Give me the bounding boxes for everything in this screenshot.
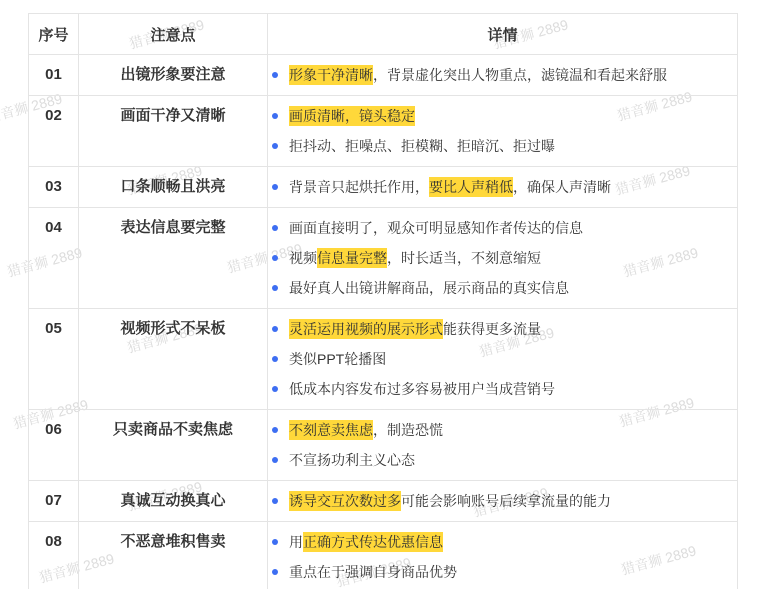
detail-line: 拒抖动、拒噪点、拒模糊、拒暗沉、拒过曝 (268, 131, 737, 161)
table-row: 05视频形式不呆板灵活运用视频的展示形式能获得更多流量类似PPT轮播图低成本内容… (29, 309, 738, 410)
bullet-icon (272, 184, 278, 190)
header-row: 序号 注意点 详情 (29, 14, 738, 55)
bullet-icon (272, 143, 278, 149)
table-row: 03口条顺畅且洪亮背景音只起烘托作用，要比人声稍低，确保人声清晰 (29, 167, 738, 208)
highlighted-text: 正确方式传达优惠信息 (303, 532, 443, 552)
row-details-cell: 不刻意卖焦虑，制造恐慌不宣扬功利主义心态 (268, 410, 738, 481)
highlighted-text: 形象干净清晰 (289, 65, 373, 85)
detail-text: 不刻意卖焦虑，制造恐慌 (289, 420, 443, 440)
row-details-cell: 背景音只起烘托作用，要比人声稍低，确保人声清晰 (268, 167, 738, 208)
table-row: 02画面干净又清晰画质清晰，镜头稳定拒抖动、拒噪点、拒模糊、拒暗沉、拒过曝 (29, 96, 738, 167)
page: 猎音狮 2889猎音狮 2889猎音狮 2889猎音狮 2889猎音狮 2889… (0, 0, 760, 589)
plain-text: 能获得更多流量 (443, 321, 541, 337)
bullet-icon (272, 457, 278, 463)
detail-line: 视频信息量完整，时长适当，不刻意缩短 (268, 243, 737, 273)
row-number: 03 (29, 167, 79, 208)
plain-text: 画面直接明了，观众可明显感知作者传达的信息 (289, 220, 583, 236)
detail-text: 重点在于强调自身商品优势 (289, 562, 457, 582)
bullet-icon (272, 326, 278, 332)
table-row: 07真诚互动换真心诱导交互次数过多可能会影响账号后续拿流量的能力 (29, 481, 738, 522)
detail-text: 形象干净清晰，背景虚化突出人物重点，滤镜温和看起来舒服 (289, 65, 667, 85)
highlighted-text: 诱导交互次数过多 (289, 491, 401, 511)
detail-text: 视频信息量完整，时长适当，不刻意缩短 (289, 248, 541, 268)
detail-line: 最好真人出镜讲解商品，展示商品的真实信息 (268, 273, 737, 303)
row-details-cell: 画质清晰，镜头稳定拒抖动、拒噪点、拒模糊、拒暗沉、拒过曝 (268, 96, 738, 167)
bullet-icon (272, 386, 278, 392)
plain-text: ，确保人声清晰 (513, 179, 611, 195)
detail-line: 低成本内容发布过多容易被用户当成营销号 (268, 374, 737, 404)
highlighted-text: 要比人声稍低 (429, 177, 513, 197)
row-number: 01 (29, 55, 79, 96)
row-point-label: 真诚互动换真心 (79, 481, 268, 522)
header-cell-number: 序号 (29, 14, 79, 55)
row-details-cell: 灵活运用视频的展示形式能获得更多流量类似PPT轮播图低成本内容发布过多容易被用户… (268, 309, 738, 410)
detail-text: 诱导交互次数过多可能会影响账号后续拿流量的能力 (289, 491, 611, 511)
plain-text: 低成本内容发布过多容易被用户当成营销号 (289, 381, 555, 397)
plain-text: 背景音只起烘托作用， (289, 179, 429, 195)
detail-line: 类似PPT轮播图 (268, 344, 737, 374)
table-row: 06只卖商品不卖焦虑不刻意卖焦虑，制造恐慌不宣扬功利主义心态 (29, 410, 738, 481)
row-details-cell: 画面直接明了，观众可明显感知作者传达的信息视频信息量完整，时长适当，不刻意缩短最… (268, 208, 738, 309)
notes-table: 序号 注意点 详情 01出镜形象要注意形象干净清晰，背景虚化突出人物重点，滤镜温… (28, 13, 738, 589)
table-row: 01出镜形象要注意形象干净清晰，背景虚化突出人物重点，滤镜温和看起来舒服 (29, 55, 738, 96)
header-cell-detail: 详情 (268, 14, 738, 55)
detail-line: 诱导交互次数过多可能会影响账号后续拿流量的能力 (268, 486, 737, 516)
plain-text: ，背景虚化突出人物重点，滤镜温和看起来舒服 (373, 67, 667, 83)
highlighted-text: 不刻意卖焦虑 (289, 420, 373, 440)
bullet-icon (272, 285, 278, 291)
detail-line: 背景音只起烘托作用，要比人声稍低，确保人声清晰 (268, 172, 737, 202)
table-row: 08不恶意堆积售卖用正确方式传达优惠信息重点在于强调自身商品优势 (29, 522, 738, 589)
detail-text: 低成本内容发布过多容易被用户当成营销号 (289, 379, 555, 399)
highlighted-text: 画质清晰，镜头稳定 (289, 106, 415, 126)
header-cell-point: 注意点 (79, 14, 268, 55)
detail-text: 最好真人出镜讲解商品，展示商品的真实信息 (289, 278, 569, 298)
row-point-label: 口条顺畅且洪亮 (79, 167, 268, 208)
detail-line: 形象干净清晰，背景虚化突出人物重点，滤镜温和看起来舒服 (268, 60, 737, 90)
detail-line: 重点在于强调自身商品优势 (268, 557, 737, 587)
row-number: 02 (29, 96, 79, 167)
plain-text: 不宣扬功利主义心态 (289, 452, 415, 468)
plain-text: 用 (289, 534, 303, 550)
detail-text: 背景音只起烘托作用，要比人声稍低，确保人声清晰 (289, 177, 611, 197)
detail-text: 画面直接明了，观众可明显感知作者传达的信息 (289, 218, 583, 238)
plain-text: 拒抖动、拒噪点、拒模糊、拒暗沉、拒过曝 (289, 138, 555, 154)
detail-line: 画质清晰，镜头稳定 (268, 101, 737, 131)
bullet-icon (272, 225, 278, 231)
highlighted-text: 信息量完整 (317, 248, 387, 268)
detail-text: 灵活运用视频的展示形式能获得更多流量 (289, 319, 541, 339)
highlighted-text: 灵活运用视频的展示形式 (289, 319, 443, 339)
row-details-cell: 诱导交互次数过多可能会影响账号后续拿流量的能力 (268, 481, 738, 522)
row-number: 07 (29, 481, 79, 522)
detail-line: 不宣扬功利主义心态 (268, 445, 737, 475)
bullet-icon (272, 255, 278, 261)
plain-text: 可能会影响账号后续拿流量的能力 (401, 493, 611, 509)
detail-text: 拒抖动、拒噪点、拒模糊、拒暗沉、拒过曝 (289, 136, 555, 156)
row-point-label: 表达信息要完整 (79, 208, 268, 309)
row-point-label: 视频形式不呆板 (79, 309, 268, 410)
detail-text: 类似PPT轮播图 (289, 349, 386, 369)
row-point-label: 出镜形象要注意 (79, 55, 268, 96)
plain-text: 最好真人出镜讲解商品，展示商品的真实信息 (289, 280, 569, 296)
bullet-icon (272, 569, 278, 575)
row-point-label: 只卖商品不卖焦虑 (79, 410, 268, 481)
plain-text: ，时长适当，不刻意缩短 (387, 250, 541, 266)
row-number: 05 (29, 309, 79, 410)
row-details-cell: 用正确方式传达优惠信息重点在于强调自身商品优势 (268, 522, 738, 589)
row-details-cell: 形象干净清晰，背景虚化突出人物重点，滤镜温和看起来舒服 (268, 55, 738, 96)
bullet-icon (272, 427, 278, 433)
row-number: 04 (29, 208, 79, 309)
table-row: 04表达信息要完整画面直接明了，观众可明显感知作者传达的信息视频信息量完整，时长… (29, 208, 738, 309)
detail-text: 用正确方式传达优惠信息 (289, 532, 443, 552)
detail-text: 画质清晰，镜头稳定 (289, 106, 415, 126)
bullet-icon (272, 539, 278, 545)
plain-text: 重点在于强调自身商品优势 (289, 564, 457, 580)
bullet-icon (272, 498, 278, 504)
row-point-label: 不恶意堆积售卖 (79, 522, 268, 589)
detail-line: 画面直接明了，观众可明显感知作者传达的信息 (268, 213, 737, 243)
detail-line: 不刻意卖焦虑，制造恐慌 (268, 415, 737, 445)
detail-line: 灵活运用视频的展示形式能获得更多流量 (268, 314, 737, 344)
plain-text: 类似PPT轮播图 (289, 351, 386, 367)
table-body: 01出镜形象要注意形象干净清晰，背景虚化突出人物重点，滤镜温和看起来舒服02画面… (29, 55, 738, 589)
row-point-label: 画面干净又清晰 (79, 96, 268, 167)
plain-text: 视频 (289, 250, 317, 266)
bullet-icon (272, 72, 278, 78)
row-number: 06 (29, 410, 79, 481)
bullet-icon (272, 113, 278, 119)
row-number: 08 (29, 522, 79, 589)
detail-line: 用正确方式传达优惠信息 (268, 527, 737, 557)
detail-text: 不宣扬功利主义心态 (289, 450, 415, 470)
plain-text: ，制造恐慌 (373, 422, 443, 438)
bullet-icon (272, 356, 278, 362)
